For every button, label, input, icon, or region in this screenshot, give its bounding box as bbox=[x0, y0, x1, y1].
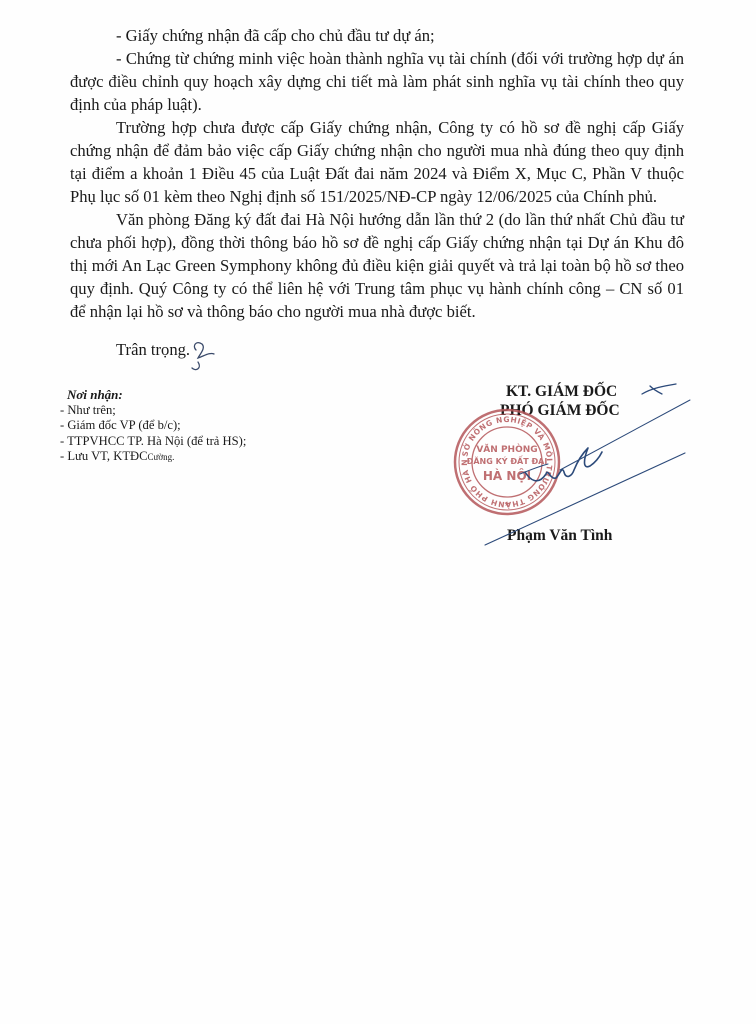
svg-text:HÀ NỘI: HÀ NỘI bbox=[483, 468, 531, 483]
drafter-initial: Cường. bbox=[148, 452, 175, 462]
recipient-item: - Giám đốc VP (để b/c); bbox=[60, 418, 246, 434]
initials-mark-icon bbox=[192, 343, 214, 370]
signature-title-line1: KT. GIÁM ĐỐC bbox=[506, 383, 617, 401]
svg-text:★: ★ bbox=[504, 500, 510, 508]
svg-text:VĂN PHÒNG: VĂN PHÒNG bbox=[476, 443, 537, 455]
paragraph-financial-proof-item: - Chứng từ chứng minh việc hoàn thành ng… bbox=[70, 47, 684, 116]
document-body: - Giấy chứng nhận đã cấp cho chủ đầu tư … bbox=[70, 24, 684, 323]
paragraph-office-guidance: Văn phòng Đăng ký đất đai Hà Nội hướng d… bbox=[70, 208, 684, 323]
recipients-block: Nơi nhận: - Như trên; - Giám đốc VP (để … bbox=[60, 387, 246, 466]
paragraph-not-issued-case: Trường hợp chưa được cấp Giấy chứng nhận… bbox=[70, 116, 684, 208]
closing-salutation: Trân trọng. bbox=[116, 340, 190, 360]
signer-name: Phạm Văn Tình bbox=[507, 527, 612, 545]
recipient-item: - TTPVHCC TP. Hà Nội (để trả HS); bbox=[60, 434, 246, 450]
recipient-item: - Như trên; bbox=[60, 403, 246, 419]
recipient-item-text: - Lưu VT, KTĐC bbox=[60, 449, 148, 463]
document-page: - Giấy chứng nhận đã cấp cho chủ đầu tư … bbox=[0, 0, 756, 1024]
recipient-item: - Lưu VT, KTĐCCường. bbox=[60, 449, 246, 466]
svg-text:ĐĂNG KÝ ĐẤT ĐAI: ĐĂNG KÝ ĐẤT ĐAI bbox=[467, 454, 548, 466]
closing-text: Trân trọng. bbox=[116, 340, 190, 359]
signature-title-line2: PHÓ GIÁM ĐỐC bbox=[500, 402, 620, 420]
paragraph-certificate-item: - Giấy chứng nhận đã cấp cho chủ đầu tư … bbox=[70, 24, 684, 47]
recipients-heading: Nơi nhận: bbox=[67, 387, 246, 403]
